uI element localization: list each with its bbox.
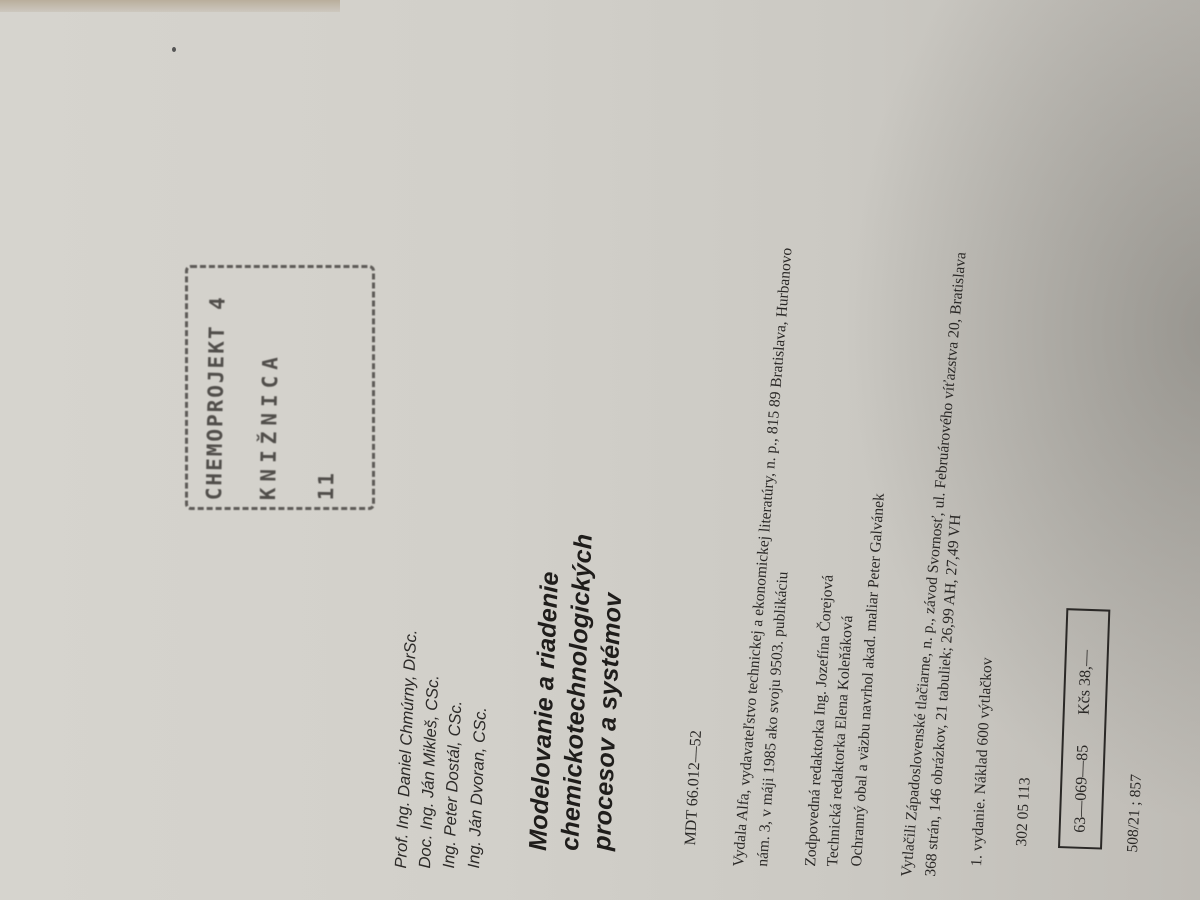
price-box: 63—069—85 Kčs 38,— — [1058, 608, 1110, 849]
page-edge-shadow — [0, 0, 340, 12]
stamp-line-3: 11 — [314, 471, 339, 501]
catalog-code: 302 05 113 — [1013, 777, 1035, 847]
library-stamp: CHEMOPROJEKT 4 KNIŽNICA 11 — [185, 265, 375, 510]
stamp-line-2: KNIŽNICA — [256, 351, 283, 501]
stamp-line-1: CHEMOPROJEKT 4 — [202, 295, 230, 500]
publication-number: 63—069—85 — [1072, 745, 1093, 834]
paper-speck — [172, 47, 176, 52]
price: Kčs 38,— — [1076, 650, 1096, 715]
